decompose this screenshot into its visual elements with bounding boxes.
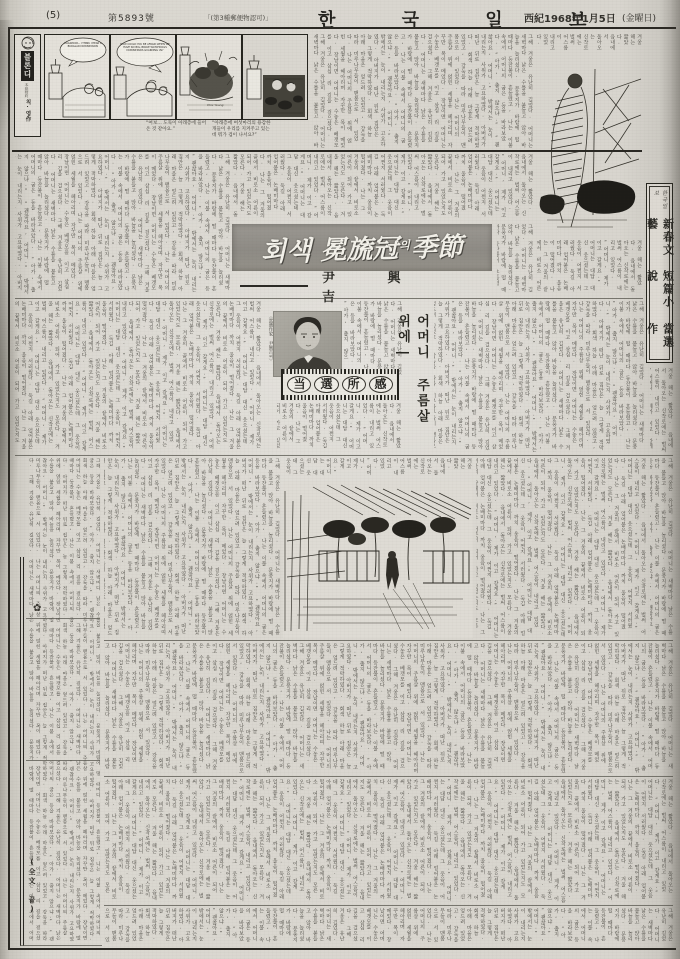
comic-panel-4 [242, 34, 308, 120]
banner-line-1: 新春文藝 [644, 218, 676, 266]
page-number: (5) [46, 10, 60, 21]
comic-panel-1: DAGWOOD-- I THINK I HEAR A BURGLAR DOWNS… [44, 34, 110, 120]
body-text-band-e: 그해 겨울은 유난히 길었다. 어머니는 새벽마다 낡은 수틀을 붙들고 앉아 … [104, 643, 673, 774]
comic-panel-2: HOW COULD YOU BE AFRAID WHEN WE HAVE SIX… [110, 34, 176, 120]
story-illustration-figure [537, 55, 645, 235]
body-text-band-g: 그해 겨울은 유난히 길었다. 어머니는 새벽마다 낡은 수틀을 붙들고 앉아 … [104, 908, 673, 947]
banner-line-2: 短篇小說 [644, 270, 676, 318]
weekday: (金曜日) [622, 11, 656, 24]
issue-number: 第5893號 [108, 11, 155, 24]
body-text-band-d4: 그해 겨울은 유난히 길었다. 어머니는 새벽마다 낡은 수틀을 붙들고 앉아 … [650, 458, 673, 638]
body-text-band-b4: 겨울 해는 짧았다. 읍내에서 돌아오는 신작로에는 벌써 어스름이 내리고 있… [537, 240, 642, 295]
section-heading-vertical: 어머니 주름살 위에― [406, 314, 431, 456]
banner-line-3: 當選作 [644, 323, 676, 359]
bottom-border [8, 948, 676, 950]
body-text-band-a: 그해 겨울은 유난히 길었다. 어머니는 새벽마다 낡은 수틀을 붙들고 앉아 … [312, 34, 533, 148]
body-text-band-b1: 그해 겨울은 유난히 길었다. 어머니는 새벽마다 낡은 수틀을 붙들고 앉아 … [15, 154, 230, 296]
speech-bubble-2: HOW COULD YOU BE AFRAID WHEN WE HAVE SIX… [120, 43, 170, 52]
hatch-border-bottom [283, 395, 397, 400]
body-text-band-a2: 겨울 해는 짧았다. 읍내에서 돌아오는 신작로에는 벌써 어스름이 내리고 있… [537, 34, 642, 51]
left-box-rule-outer [20, 557, 21, 946]
comic-caption-1: “여보… 도둑이 아래층에 들어온 것 같아요.” [146, 121, 208, 133]
body-text-band-c4: 그해 겨울은 유난히 길었다. 어머니는 새벽마다 낡은 수틀을 붙들고 앉아 … [434, 301, 644, 453]
band-rule-6 [104, 905, 673, 906]
comic-panel-4-art [243, 35, 307, 119]
flower-ornament-icon: ✿ [33, 603, 41, 614]
title-main: 회색 冕旒冠 [261, 234, 399, 268]
author-photo [274, 312, 341, 376]
body-text-band-d2: 겨울 해는 짧았다. 읍내에서 돌아오는 신작로에는 벌써 어스름이 내리고 있… [284, 458, 472, 479]
left-strip-text: 그해 겨울은 유난히 길었다. 어머니는 새벽마다 낡은 수틀을 붙들고 앉아 … [28, 458, 100, 945]
comic-note: 本紙特約 [25, 83, 30, 97]
band-rule-2 [15, 298, 643, 299]
author-byline: 尹 興 吉 [240, 277, 490, 295]
author-photo-art [274, 312, 341, 376]
body-text-band-c1: 겨울 해는 짧았다. 읍내에서 돌아오는 신작로에는 벌써 어스름이 내리고 있… [15, 301, 261, 453]
band-rule-3 [15, 455, 673, 456]
award-remarks-box: 当 選 所 感 [281, 369, 399, 400]
blondie-portrait-icon [19, 35, 37, 51]
band-rule-4 [104, 640, 673, 641]
header-rule [8, 27, 676, 29]
title-season: 季節 [411, 232, 464, 263]
newspaper-page: (5) 第5893號 「(第3種郵便物認可)」 한 국 일 보 西紀1968年1… [0, 0, 680, 959]
story-end-label: (全文 끝) [27, 858, 37, 915]
page-header: (5) 第5893號 「(第3種郵便物認可)」 한 국 일 보 西紀1968年1… [0, 8, 680, 28]
author-name: 尹 興 吉 [322, 267, 490, 305]
left-strip-divider-2 [26, 760, 100, 761]
left-box-rule-bottom [20, 945, 102, 946]
left-strip-divider-1 [26, 618, 100, 619]
postal-permit: 「(第3種郵便物認可)」 [204, 13, 272, 22]
story-title-calligraphy: 회색 冕旒冠의季節 [261, 226, 464, 268]
story-title-banner: 회색 冕旒冠의季節 [232, 224, 492, 271]
body-text-band-c5: 겨울 해는 짧았다. 읍내에서 돌아오는 신작로에는 벌써 어스름이 내리고 있… [650, 368, 673, 453]
byline-dash [240, 285, 308, 287]
artist-signature: Chic Young [207, 103, 223, 107]
band-rule-1 [12, 150, 642, 152]
speech-bubble-1: DAGWOOD-- I THINK I HEAR A BURGLAR DOWNS… [62, 42, 104, 48]
issue-date: 西紀1968年1月5日 [524, 10, 616, 25]
comic-strip-title: 블론디 [21, 51, 34, 81]
body-text-band-f: 겨울 해는 짧았다. 읍내에서 돌아오는 신작로에는 벌써 어스름이 내리고 있… [104, 779, 673, 903]
story-illustration-street [283, 481, 473, 638]
sogam-char-3: 所 [342, 376, 366, 393]
body-text-band-b3: 그해 겨울은 유난히 길었다. 어머니는 새벽마다 낡은 수틀을 붙들고 앉아 … [497, 224, 533, 294]
prize-banner-inner: 한국일보 新春文藝 短篇小說 當選作 [649, 186, 670, 360]
prize-banner-box: 한국일보 新春文藝 短篇小說 當選作 [646, 183, 673, 363]
comic-caption-2: “아래층에 여섯마리의 용감한 개들이 우리를 지켜주고 있는데 뭐가 겁이 나… [212, 121, 274, 139]
sogam-char-2: 選 [314, 376, 338, 393]
comic-credit: 칙·영作 [24, 99, 32, 122]
left-box-rule-inner [23, 557, 24, 946]
comic-panel-3: Chic Young [176, 34, 242, 120]
sogam-char-1: 当 [287, 376, 311, 393]
title-particle: 의 [399, 239, 410, 252]
body-text-band-c3: 겨울 해는 짧았다. 읍내에서 돌아오는 신작로에는 벌써 어스름이 내리고 있… [277, 403, 401, 453]
comic-title-box: 블론디 本紙特約 칙·영作 [14, 34, 41, 137]
body-text-band-d1: 그해 겨울은 유난히 길었다. 어머니는 새벽마다 낡은 수틀을 붙들고 앉아 … [104, 458, 280, 638]
left-border [8, 27, 10, 950]
banner-paper-name: 한국일보 [652, 190, 668, 214]
body-text-band-d3: 겨울 해는 짧았다. 읍내에서 돌아오는 신작로에는 벌써 어스름이 내리고 있… [476, 458, 646, 638]
band-rule-5 [104, 776, 673, 777]
photo-caption: 〈當選作家 尹興吉씨〉 [264, 314, 273, 376]
sogam-char-4: 感 [369, 376, 393, 393]
body-text-band-b2: 겨울 해는 짧았다. 읍내에서 돌아오는 신작로에는 벌써 어스름이 내리고 있… [233, 154, 533, 221]
